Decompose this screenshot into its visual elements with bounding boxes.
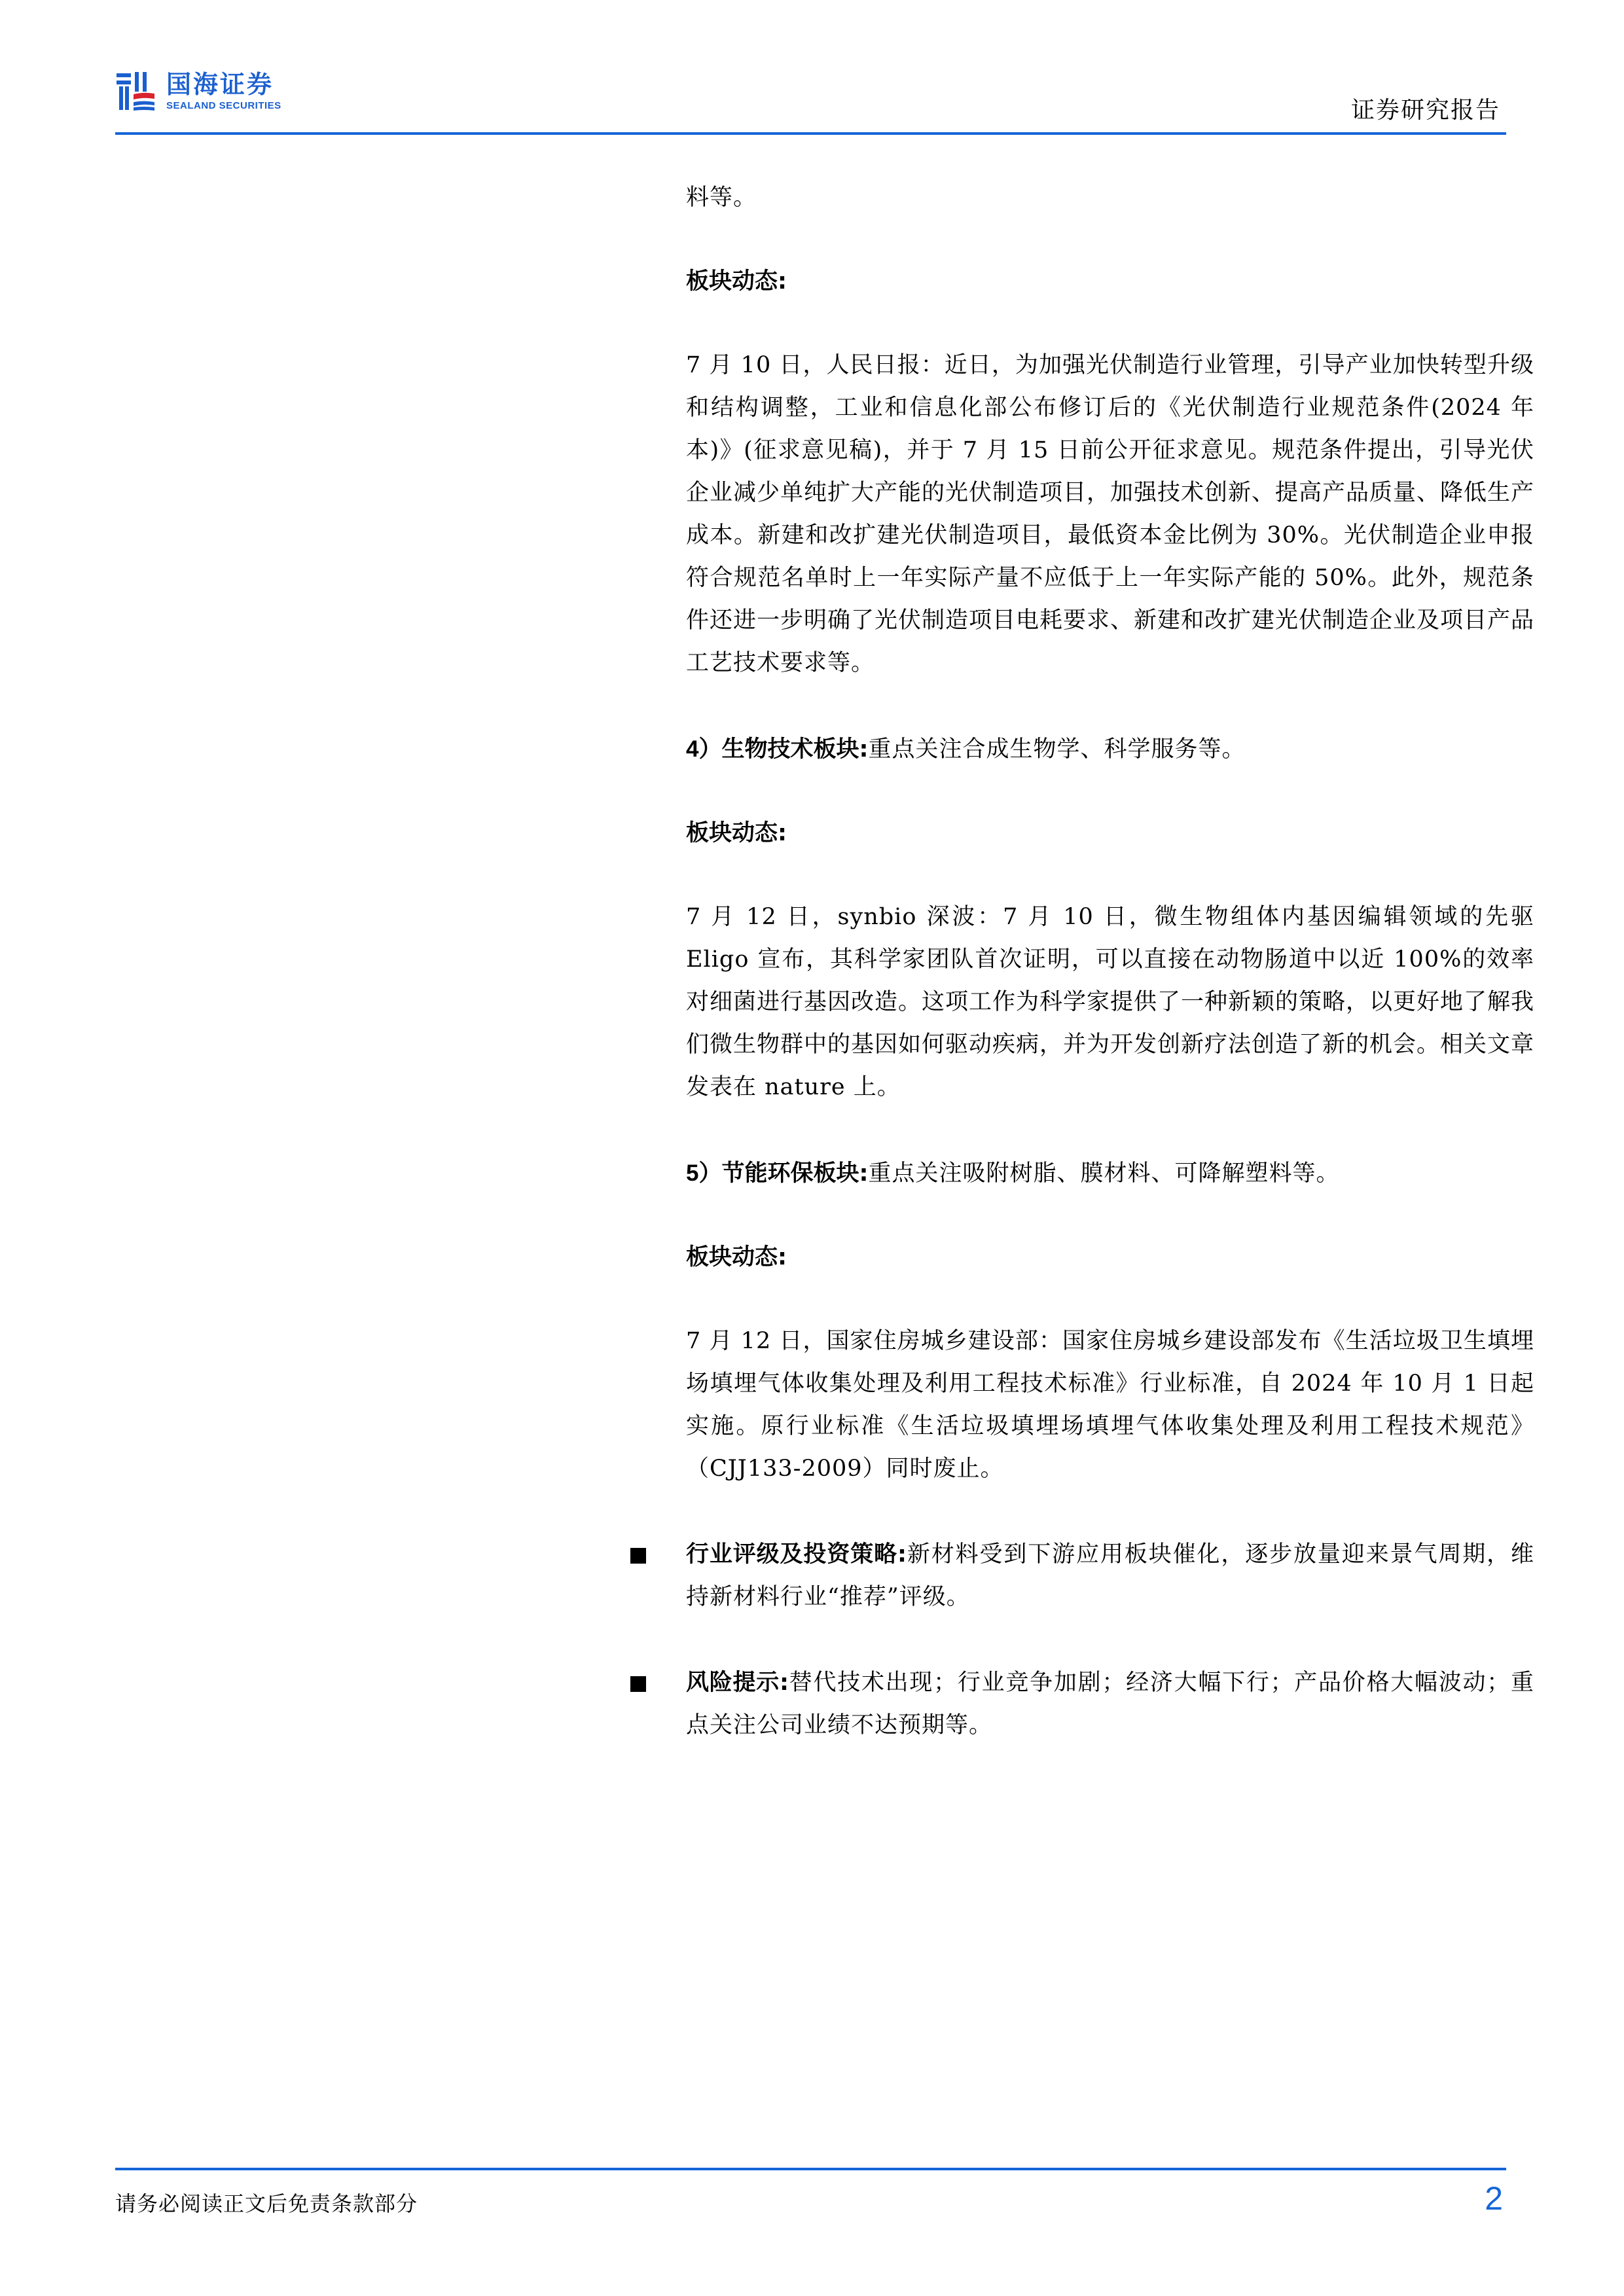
section5-heading: 5）节能环保板块:重点关注吸附树脂、膜材料、可降解塑料等。 bbox=[686, 1152, 1534, 1195]
risk-warning-bullet: 风险提示:替代技术出现；行业竞争加剧；经济大幅下行；产品价格大幅波动；重点关注公… bbox=[686, 1662, 1534, 1747]
footer-divider bbox=[115, 2168, 1506, 2170]
dynamics-label: 板块动态: bbox=[686, 268, 787, 295]
logo-chinese-name: 国海证券 bbox=[166, 72, 281, 97]
header-divider bbox=[115, 132, 1506, 135]
continuation-text: 料等。 bbox=[686, 177, 1534, 219]
page-number: 2 bbox=[1485, 2179, 1503, 2217]
rating-strategy-bullet: 行业评级及投资策略:新材料受到下游应用板块催化，逐步放量迎来景气周期，维持新材料… bbox=[686, 1534, 1534, 1619]
section5-number: 5） bbox=[686, 1160, 721, 1186]
section5-dynamics-heading: 板块动态: bbox=[686, 1236, 1534, 1279]
section5-title: 节能环保板块: bbox=[721, 1160, 868, 1187]
rating-strategy-label: 行业评级及投资策略: bbox=[686, 1541, 907, 1568]
section4-heading: 4）生物技术板块:重点关注合成生物学、科学服务等。 bbox=[686, 728, 1534, 771]
section4-dynamics-heading: 板块动态: bbox=[686, 812, 1534, 855]
disclaimer-notice: 请务必阅读正文后免责条款部分 bbox=[115, 2187, 418, 2217]
page-header: 国海证券 SEALAND SECURITIES 证券研究报告 bbox=[115, 65, 1509, 137]
report-body: 料等。 板块动态: 7 月 10 日，人民日报：近日，为加强光伏制造行业管理，引… bbox=[686, 177, 1534, 1747]
dynamics-label: 板块动态: bbox=[686, 1244, 787, 1270]
section5-dynamics-text: 7 月 12 日，国家住房城乡建设部：国家住房城乡建设部发布《生活垃圾卫生填埋场… bbox=[686, 1320, 1534, 1490]
section4-focus: 重点关注合成生物学、科学服务等。 bbox=[868, 736, 1245, 762]
logo-english-name: SEALAND SECURITIES bbox=[166, 101, 281, 111]
section4-number: 4） bbox=[686, 736, 721, 762]
bullet-square-icon bbox=[630, 1676, 646, 1692]
section4-dynamics-text: 7 月 12 日，synbio 深波：7 月 10 日，微生物组体内基因编辑领域… bbox=[686, 896, 1534, 1109]
risk-warning-label: 风险提示: bbox=[686, 1670, 789, 1696]
company-logo: 国海证券 SEALAND SECURITIES bbox=[115, 71, 281, 111]
risk-warning-text: 替代技术出现；行业竞争加剧；经济大幅下行；产品价格大幅波动；重点关注公司业绩不达… bbox=[686, 1670, 1534, 1738]
section3-dynamics-heading: 板块动态: bbox=[686, 260, 1534, 303]
section5-focus: 重点关注吸附树脂、膜材料、可降解塑料等。 bbox=[868, 1160, 1339, 1187]
document-type-label: 证券研究报告 bbox=[1351, 92, 1500, 125]
sealand-logo-icon bbox=[115, 71, 156, 111]
bullet-square-icon bbox=[630, 1548, 646, 1564]
section3-dynamics-text: 7 月 10 日，人民日报：近日，为加强光伏制造行业管理，引导产业加快转型升级和… bbox=[686, 344, 1534, 685]
section4-title: 生物技术板块: bbox=[721, 736, 868, 762]
dynamics-label: 板块动态: bbox=[686, 820, 787, 846]
